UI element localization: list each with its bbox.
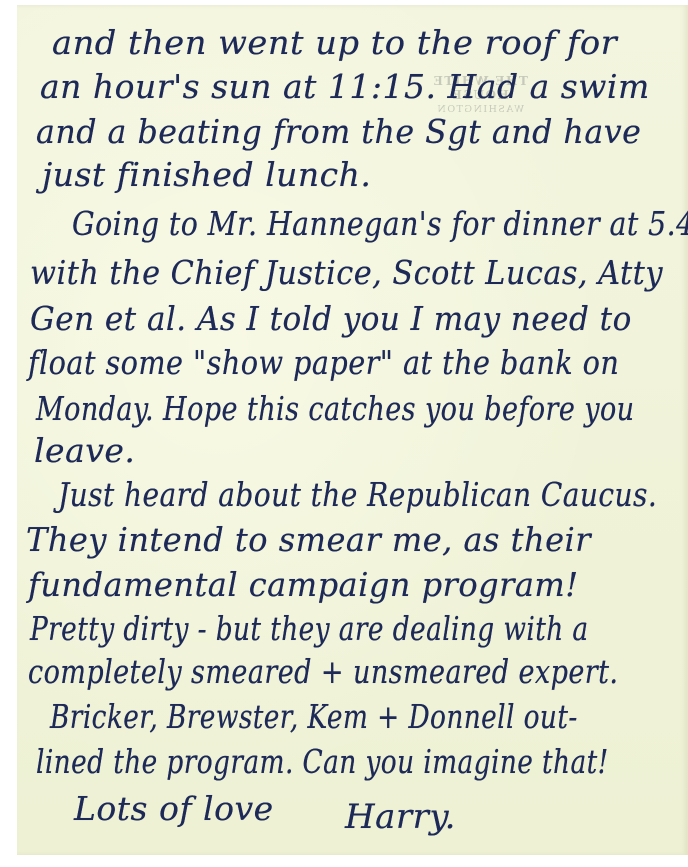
letter-line: lined the program. Can you imagine that! <box>36 745 609 778</box>
letter-line: and a beating from the Sgt and have <box>36 115 641 148</box>
letter-line: an hour's sun at 11:15. Had a swim <box>40 70 650 103</box>
letter-closing: Lots of love <box>74 792 274 825</box>
letter-line: and then went up to the roof for <box>52 26 617 59</box>
signature: Harry. <box>345 800 456 834</box>
letter-line: with the Chief Justice, Scott Lucas, Att… <box>30 256 663 289</box>
letter-line: Bricker, Brewster, Kem + Donnell out- <box>50 700 578 733</box>
letter-line: Gen et al. As I told you I may need to <box>30 302 632 335</box>
letter-line: Monday. Hope this catches you before you <box>36 392 635 425</box>
letter-line: fundamental campaign program! <box>28 568 579 601</box>
letter-line: Pretty dirty - but they are dealing with… <box>30 612 589 645</box>
letter-line: completely smeared + unsmeared expert. <box>28 655 618 688</box>
letter-line: leave. <box>34 434 135 467</box>
letter-line: Just heard about the Republican Caucus. <box>58 478 657 511</box>
letter-line: float some "show paper" at the bank on <box>28 346 619 379</box>
letter-line: just finished lunch. <box>42 158 371 191</box>
letter-line: They intend to smear me, as their <box>26 523 591 556</box>
letter-line: Going to Mr. Hannegan's for dinner at 5.… <box>72 207 688 240</box>
